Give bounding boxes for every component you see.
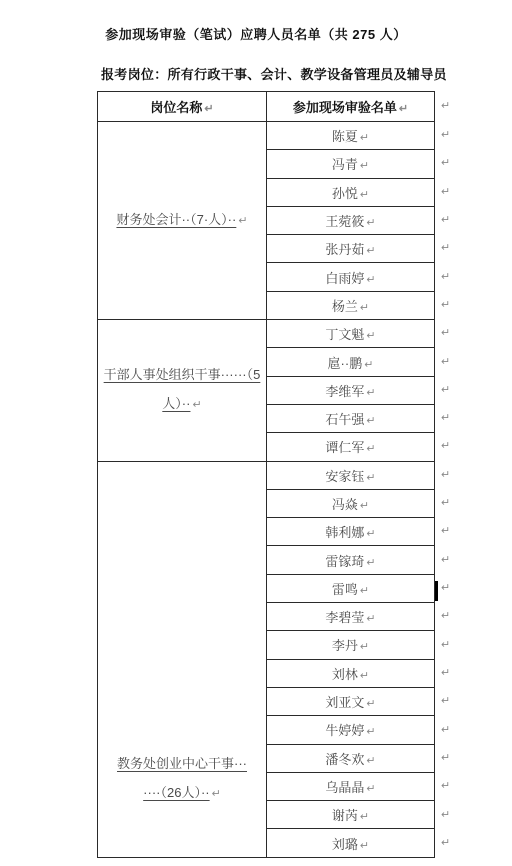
name-cell[interactable]: 潘冬欢↵ <box>267 744 435 772</box>
page-title[interactable]: 参加现场审验（笔试）应聘人员名单（共 275 人） <box>0 24 512 43</box>
table-row: 干部人事处组织干事······（5 人）··↵ 丁文魁↵ <box>98 320 435 348</box>
name-cell[interactable]: 李丹↵ <box>267 631 435 659</box>
paragraph-mark-icon: ↵ <box>360 584 369 597</box>
row-end-mark-icon: ↵ <box>441 376 450 404</box>
row-end-mark-icon: ↵ <box>441 121 450 149</box>
name-cell[interactable]: 冯焱↵ <box>267 489 435 517</box>
paragraph-mark-icon: ↵ <box>192 391 201 420</box>
applicant-name: 李维军 <box>325 384 364 399</box>
row-end-mark-icon: ↵ <box>441 263 450 291</box>
name-cell[interactable]: 白雨婷↵ <box>267 263 435 291</box>
row-end-mark-icon: ↵ <box>441 432 450 460</box>
applicant-name: 丁文魁 <box>325 327 364 342</box>
applicant-name: 安家钰 <box>325 469 364 484</box>
row-end-mark-icon: ↵ <box>441 489 450 517</box>
paragraph-mark-icon: ↵ <box>366 471 375 484</box>
row-end-mark-icon: ↵ <box>441 206 450 234</box>
section-label-text: ····（26人）·· <box>143 785 209 800</box>
applicant-name: 刘林 <box>332 667 358 682</box>
name-cell[interactable]: 丁文魁↵ <box>267 320 435 348</box>
paragraph-mark-icon: ↵ <box>360 810 369 823</box>
applicant-name: 王菀筱 <box>325 214 364 229</box>
row-end-mark-icon: ↵ <box>441 716 450 744</box>
paragraph-mark-icon: ↵ <box>366 386 375 399</box>
table-row: 教务处创业中心干事··· ····（26人）··↵ 安家钰↵ <box>98 461 435 489</box>
row-end-mark-icon: ↵ <box>441 829 450 857</box>
row-end-mark-icon: ↵ <box>441 404 450 432</box>
paragraph-mark-icon: ↵ <box>360 669 369 682</box>
paragraph-mark-icon: ↵ <box>366 442 375 455</box>
applicant-name: 刘亚文 <box>325 695 364 710</box>
row-end-mark-icon: ↵ <box>441 801 450 829</box>
paragraph-mark-icon: ↵ <box>360 301 369 314</box>
applicant-name: 张丹茹 <box>325 242 364 257</box>
applicant-name: 冯焱 <box>332 497 358 512</box>
paragraph-mark-icon: ↵ <box>360 159 369 172</box>
applicant-name: 杨兰 <box>332 299 358 314</box>
name-cell[interactable]: 李碧莹↵ <box>267 603 435 631</box>
row-end-mark-icon: ↵ <box>441 659 450 687</box>
name-cell[interactable]: 石午强↵ <box>267 404 435 432</box>
name-cell[interactable]: 乌晶晶↵ <box>267 772 435 800</box>
name-cell[interactable]: 韩利娜↵ <box>267 518 435 546</box>
paragraph-mark-icon: ↵ <box>366 273 375 286</box>
paragraph-mark-icon: ↵ <box>366 612 375 625</box>
text-cursor <box>435 581 438 601</box>
header-list-label: 参加现场审验名单 <box>293 100 397 115</box>
paragraph-mark-icon: ↵ <box>360 640 369 653</box>
paragraph-mark-icon: ↵ <box>366 244 375 257</box>
paragraph-mark-icon: ↵ <box>366 725 375 738</box>
applicant-table: 岗位名称↵ 参加现场审验名单↵ 财务处会计··（7·人）··↵ 陈夏↵ 冯青↵ … <box>97 91 435 858</box>
row-end-mark-icon: ↵ <box>441 744 450 772</box>
applicant-name: 扈··鹏 <box>328 356 363 371</box>
name-cell[interactable]: 雷镓琦↵ <box>267 546 435 574</box>
paragraph-mark-icon: ↵ <box>366 754 375 767</box>
row-end-mark-icon: ↵ <box>441 687 450 715</box>
applicant-name: 谭仁军 <box>325 440 364 455</box>
row-end-mark-icon: ↵ <box>441 546 450 574</box>
applicant-name: 李碧莹 <box>325 610 364 625</box>
paragraph-mark-icon: ↵ <box>399 102 408 115</box>
header-position[interactable]: 岗位名称↵ <box>98 92 267 122</box>
row-end-mark-icon: ↵ <box>441 461 450 489</box>
paragraph-mark-icon: ↵ <box>366 556 375 569</box>
name-cell[interactable]: 冯青↵ <box>267 150 435 178</box>
name-cell[interactable]: 王菀筱↵ <box>267 206 435 234</box>
paragraph-mark-icon: ↵ <box>366 527 375 540</box>
applicant-name: 谢芮 <box>332 808 358 823</box>
paragraph-mark-icon: ↵ <box>366 329 375 342</box>
section-label-text: 人）·· <box>162 396 190 411</box>
applicant-name: 乌晶晶 <box>325 780 364 795</box>
row-end-mark-icon: ↵ <box>441 178 450 206</box>
applicant-name: 刘璐 <box>332 837 358 852</box>
section-label-text: 干部人事处组织干事······（5 <box>98 360 266 389</box>
row-end-marks: ↵ ↵ ↵ ↵ ↵ ↵ ↵ ↵ ↵ ↵ ↵ ↵ ↵ ↵ ↵ ↵ ↵ ↵ ↵ ↵ … <box>441 91 450 857</box>
applicant-name: 孙悦 <box>332 186 358 201</box>
paragraph-mark-icon: ↵ <box>366 782 375 795</box>
row-end-mark-icon: ↵ <box>441 91 450 121</box>
applicant-name: 陈夏 <box>332 129 358 144</box>
applicant-name: 牛婷婷 <box>325 723 364 738</box>
applicant-name: 冯青 <box>332 157 358 172</box>
section-label-text: 教务处创业中心干事··· <box>98 749 266 778</box>
header-list[interactable]: 参加现场审验名单↵ <box>267 92 435 122</box>
paragraph-mark-icon: ↵ <box>366 697 375 710</box>
paragraph-mark-icon: ↵ <box>366 414 375 427</box>
paragraph-mark-icon: ↵ <box>360 188 369 201</box>
row-end-mark-icon: ↵ <box>441 348 450 376</box>
paragraph-mark-icon: ↵ <box>364 358 373 371</box>
name-cell[interactable]: 谢芮↵ <box>267 801 435 829</box>
section-label-finance-accountant[interactable]: 财务处会计··（7·人）··↵ <box>98 122 267 320</box>
paragraph-mark-icon: ↵ <box>360 839 369 852</box>
table-header-row: 岗位名称↵ 参加现场审验名单↵ <box>98 92 435 122</box>
applicant-name: 雷镓琦 <box>325 554 364 569</box>
section-label-academic-entrepreneurship-clerk[interactable]: 教务处创业中心干事··· ····（26人）··↵ <box>98 461 267 857</box>
applicant-name: 雷鸣 <box>332 582 358 597</box>
paragraph-mark-icon: ↵ <box>238 207 247 236</box>
name-cell[interactable]: 刘璐↵ <box>267 829 435 857</box>
name-cell[interactable]: 杨兰↵ <box>267 291 435 319</box>
table-row: 财务处会计··（7·人）··↵ 陈夏↵ <box>98 122 435 150</box>
name-cell[interactable]: 刘亚文↵ <box>267 687 435 715</box>
position-line[interactable]: 报考岗位：所有行政干事、会计、教学设备管理员及辅导员 <box>101 64 447 83</box>
row-end-mark-icon: ↵ <box>441 772 450 800</box>
applicant-name: 韩利娜 <box>325 525 364 540</box>
paragraph-mark-icon: ↵ <box>212 780 221 809</box>
row-end-mark-icon: ↵ <box>441 574 450 602</box>
name-cell[interactable]: 张丹茹↵ <box>267 235 435 263</box>
row-end-mark-icon: ↵ <box>441 631 450 659</box>
row-end-mark-icon: ↵ <box>441 602 450 630</box>
name-cell[interactable]: 牛婷婷↵ <box>267 716 435 744</box>
section-label-hr-organization-clerk[interactable]: 干部人事处组织干事······（5 人）··↵ <box>98 320 267 461</box>
row-end-mark-icon: ↵ <box>441 517 450 545</box>
row-end-mark-icon: ↵ <box>441 234 450 262</box>
applicant-name: 李丹 <box>332 638 358 653</box>
section-label-text: 财务处会计··（7·人）·· <box>116 212 236 227</box>
header-position-label: 岗位名称 <box>150 100 202 115</box>
applicant-name: 白雨婷 <box>325 271 364 286</box>
paragraph-mark-icon: ↵ <box>360 499 369 512</box>
row-end-mark-icon: ↵ <box>441 319 450 347</box>
name-cell[interactable]: 刘林↵ <box>267 659 435 687</box>
applicant-name: 石午强 <box>325 412 364 427</box>
name-cell[interactable]: 李维军↵ <box>267 376 435 404</box>
name-cell[interactable]: 陈夏↵ <box>267 122 435 150</box>
name-cell[interactable]: 雷鸣↵ <box>267 574 435 602</box>
row-end-mark-icon: ↵ <box>441 291 450 319</box>
name-cell[interactable]: 孙悦↵ <box>267 178 435 206</box>
paragraph-mark-icon: ↵ <box>360 131 369 144</box>
name-cell[interactable]: 安家钰↵ <box>267 461 435 489</box>
applicant-name: 潘冬欢 <box>325 752 364 767</box>
name-cell[interactable]: 扈··鹏↵ <box>267 348 435 376</box>
row-end-mark-icon: ↵ <box>441 149 450 177</box>
name-cell[interactable]: 谭仁军↵ <box>267 433 435 461</box>
paragraph-mark-icon: ↵ <box>366 216 375 229</box>
paragraph-mark-icon: ↵ <box>204 102 213 115</box>
